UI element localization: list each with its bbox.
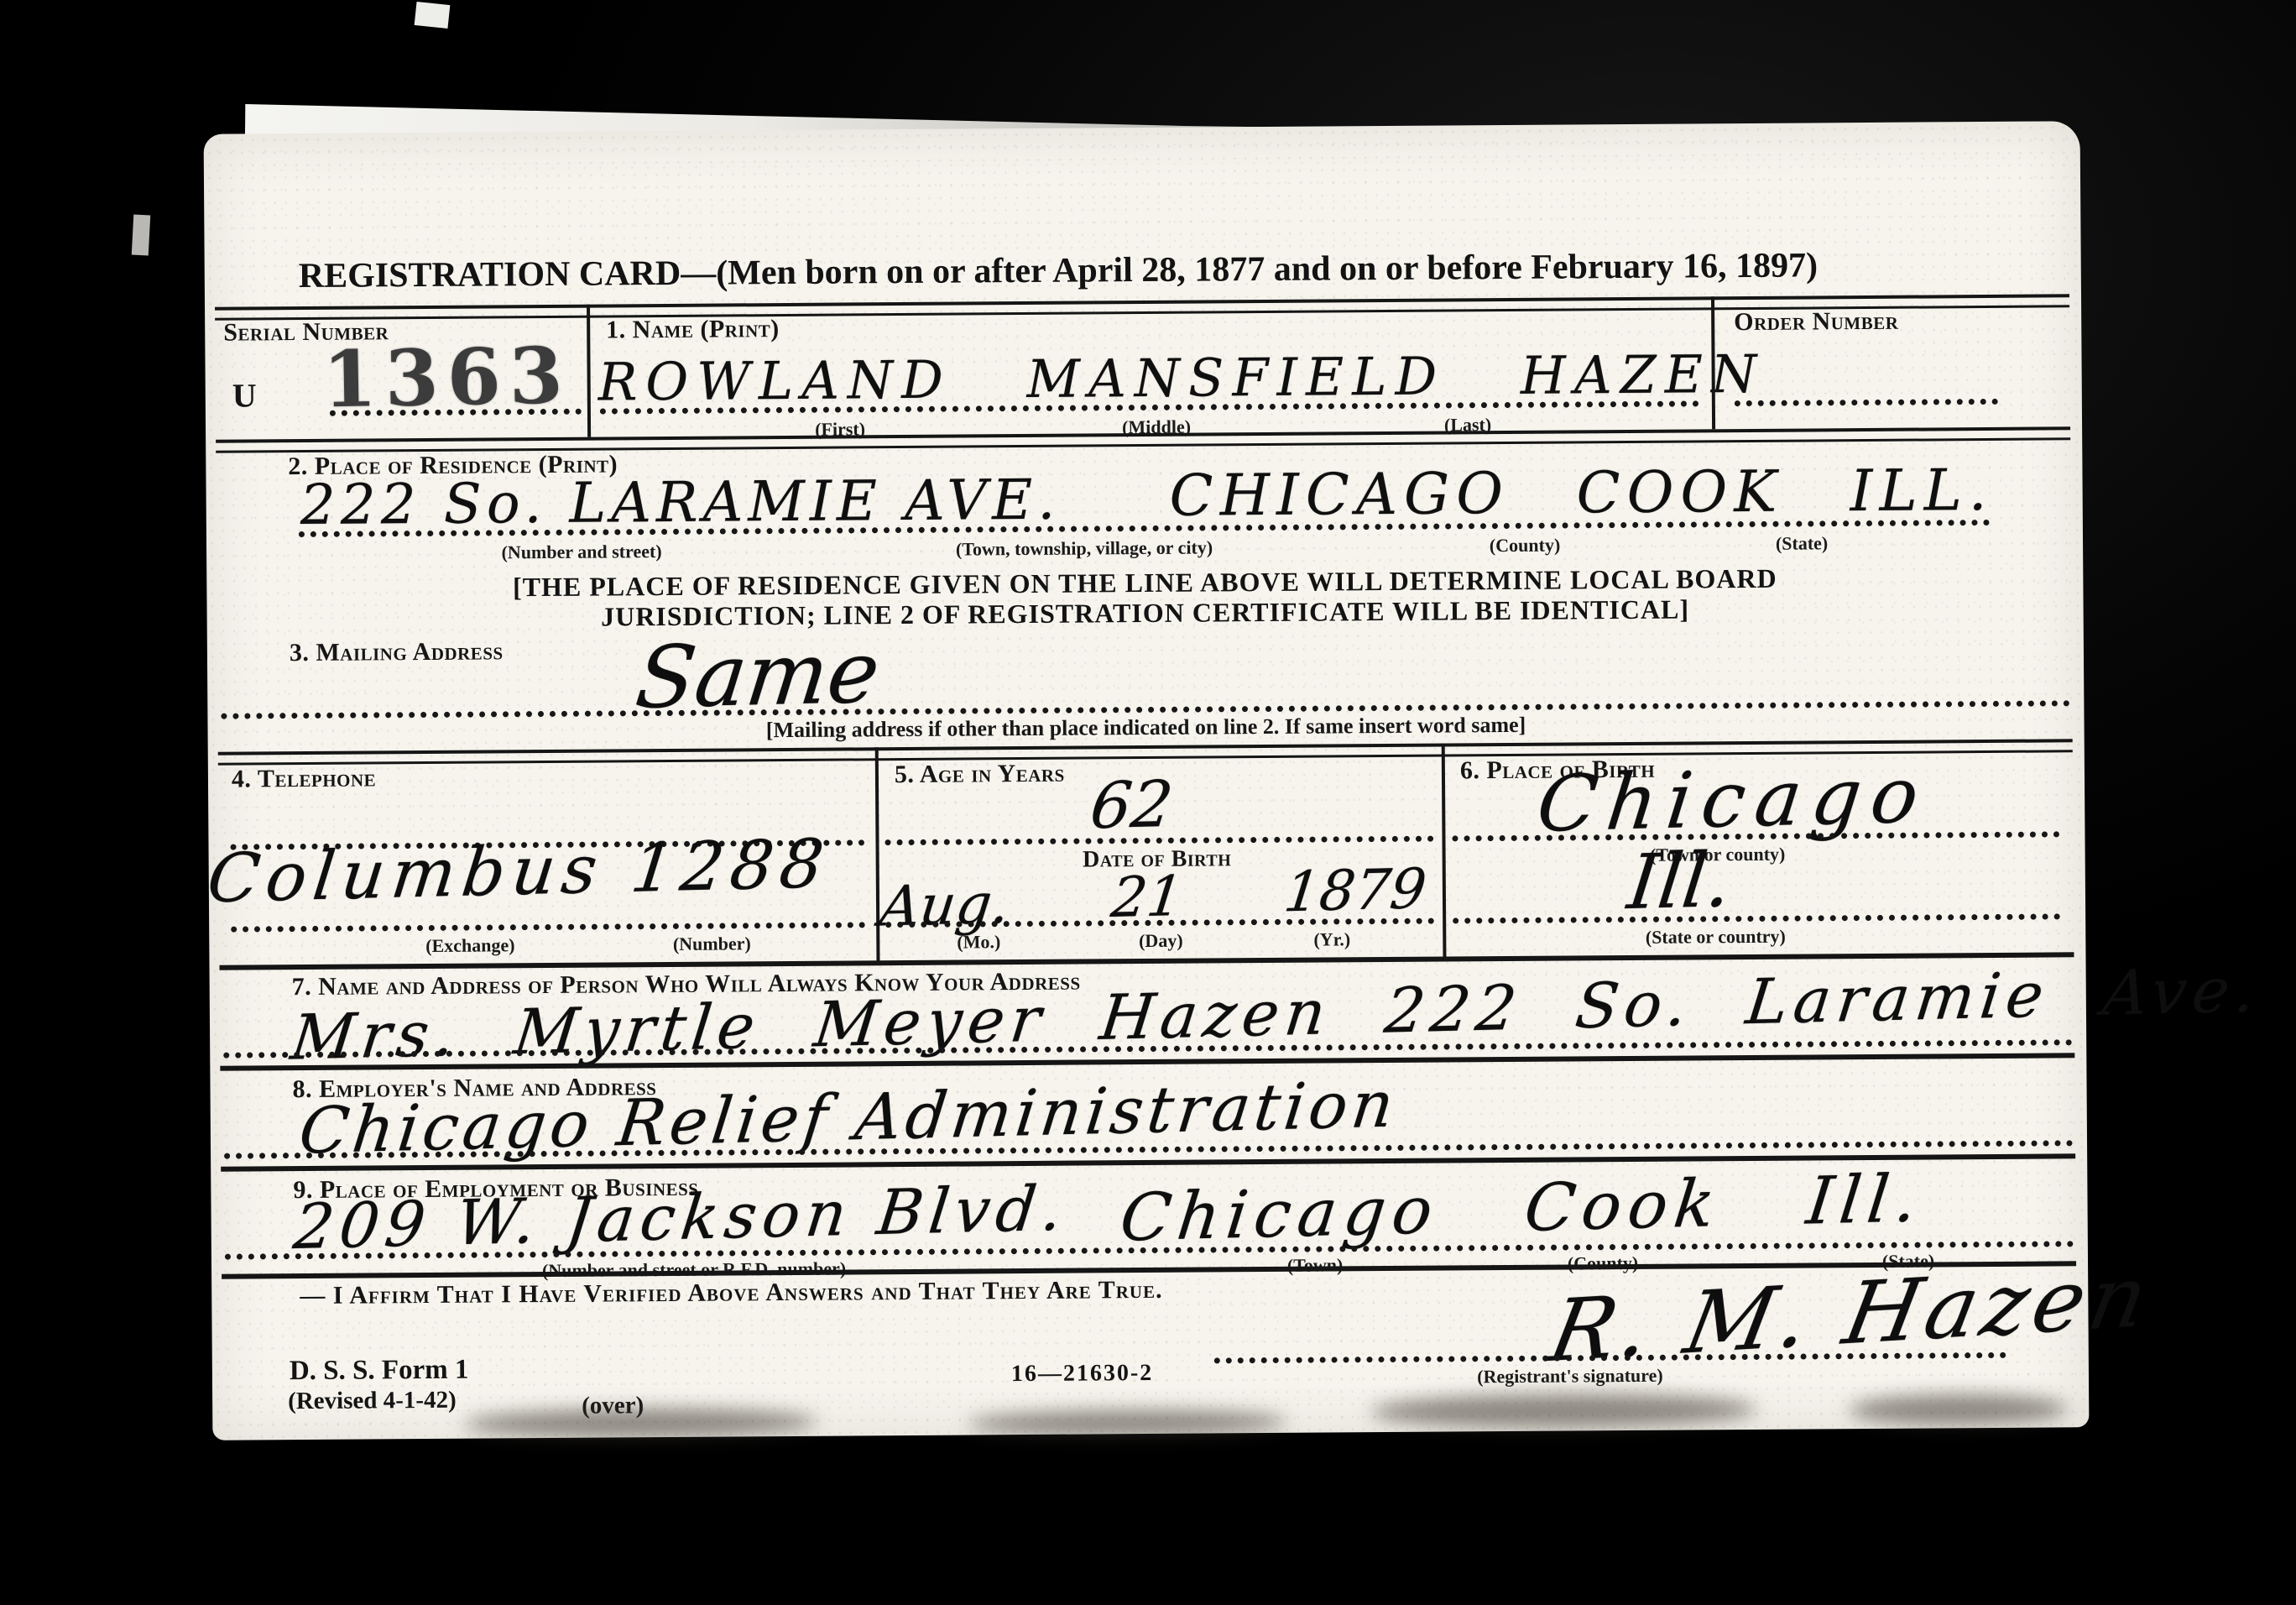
serial-prefix: U: [232, 375, 257, 415]
year-sublabel: (Yr.): [1313, 928, 1350, 950]
age-value: 62: [1087, 766, 1177, 843]
age-label: 5. Age in Years: [895, 760, 1065, 789]
number-street-sublabel: (Number and street): [501, 541, 661, 563]
dotted-line: [1453, 913, 2060, 923]
name-label: 1. Name (Print): [606, 315, 780, 344]
scan-smudge: [968, 1409, 1286, 1437]
day-sublabel: (Day): [1139, 930, 1183, 952]
scan-smudge: [1849, 1393, 2067, 1425]
registrant-signature-sublabel: (Registrant's signature): [1477, 1365, 1663, 1388]
state-sublabel: (State): [1776, 532, 1828, 554]
column-divider: [587, 305, 591, 437]
state-or-country-sublabel: (State or country): [1646, 926, 1786, 949]
dotted-line: [884, 836, 1433, 846]
print-code: 16—21630-2: [1011, 1360, 1154, 1388]
scan-smudge: [464, 1408, 817, 1439]
scan-artifact-top: [415, 2, 451, 29]
registration-card: REGISTRATION CARD—(Men born on or after …: [204, 121, 2090, 1440]
number-sublabel: (Number): [673, 933, 751, 955]
affirmation-text: — I Affirm That I Have Verified Above An…: [300, 1276, 1163, 1310]
mailing-address-label: 3. Mailing Address: [290, 637, 504, 667]
column-divider: [1711, 296, 1715, 429]
card-title: REGISTRATION CARD—(Men born on or after …: [299, 245, 1819, 296]
dob-month-value: Aug.: [876, 871, 1013, 939]
dob-year-value: 1879: [1281, 856, 1429, 924]
dotted-line: [1735, 399, 1998, 406]
scan-artifact-left: [132, 215, 150, 256]
dotted-line: [231, 922, 865, 932]
scan-background: { "card": { "title": "REGISTRATION CARD—…: [0, 0, 2296, 1605]
town-sublabel: (Town, township, village, or city): [956, 536, 1213, 560]
form-number: D. S. S. Form 1: [290, 1355, 469, 1387]
telephone-label: 4. Telephone: [232, 764, 376, 793]
residence-city-value: CHICAGO COOK ILL.: [1169, 457, 1993, 530]
order-number-label: Order Number: [1734, 307, 1898, 337]
column-divider: [1442, 744, 1447, 959]
birthplace-state-value: Ill.: [1624, 836, 1736, 927]
scan-smudge: [1370, 1393, 1756, 1429]
exchange-sublabel: (Exchange): [425, 934, 515, 957]
telephone-value: Columbus 1288: [204, 824, 835, 918]
month-sublabel: (Mo.): [957, 931, 1000, 953]
county-sublabel: (County): [1490, 535, 1561, 557]
form-revision: (Revised 4-1-42): [288, 1387, 457, 1415]
